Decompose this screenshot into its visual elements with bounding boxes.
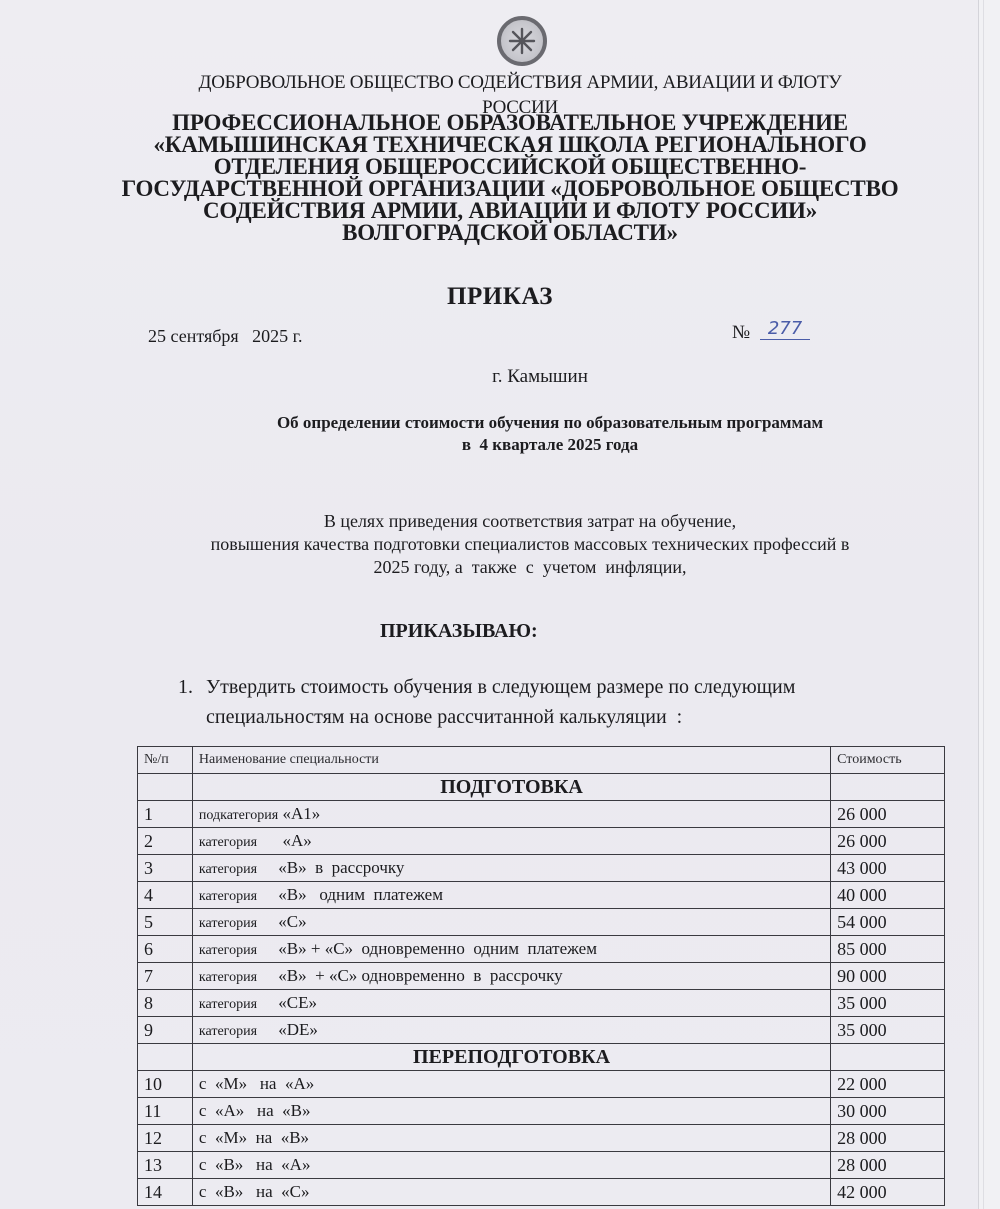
row-number: 4 — [138, 882, 193, 909]
row-name-value: с «М» на «А» — [199, 1074, 314, 1093]
item-number: 1. — [178, 672, 206, 702]
row-name: с «В» на «А» — [192, 1152, 830, 1179]
org-main-line: ПРОФЕССИОНАЛЬНОЕ ОБРАЗОВАТЕЛЬНОЕ УЧРЕЖДЕ… — [100, 112, 920, 134]
row-category-prefix: категория — [199, 889, 257, 904]
row-price: 28 000 — [831, 1152, 945, 1179]
row-price: 26 000 — [831, 828, 945, 855]
page-edge — [978, 0, 1000, 1209]
table-row: 5категория «С»54 000 — [138, 909, 945, 936]
row-name: категория «DE» — [192, 1017, 830, 1044]
header-number: №/п — [138, 747, 193, 774]
header-name: Наименование специальности — [192, 747, 830, 774]
table-row: 14с «В» на «С»42 000 — [138, 1179, 945, 1206]
table-row: 1подкатегория «А1»26 000 — [138, 801, 945, 828]
order-number-handwritten: 277 — [760, 318, 810, 340]
row-name-value: с «А» на «В» — [199, 1101, 311, 1120]
row-category-value: «В» одним платежем — [257, 885, 443, 904]
item-text-line2: специальностям на основе рассчитанной ка… — [178, 702, 938, 732]
row-number: 2 — [138, 828, 193, 855]
order-title: ПРИКАЗ — [0, 283, 1000, 311]
preamble-line: 2025 году, а также с учетом инфляции, — [130, 556, 930, 579]
row-name: категория «А» — [192, 828, 830, 855]
row-price: 30 000 — [831, 1098, 945, 1125]
row-name: подкатегория «А1» — [192, 801, 830, 828]
row-name: категория «В» + «С» одновременно в расср… — [192, 963, 830, 990]
row-category-value: «С» — [257, 912, 307, 931]
table-row: 8категория «СЕ»35 000 — [138, 990, 945, 1017]
table-row: 12с «М» на «В»28 000 — [138, 1125, 945, 1152]
section-label: ПОДГОТОВКА — [192, 774, 830, 801]
row-name-value: с «В» на «А» — [199, 1155, 311, 1174]
row-price: 43 000 — [831, 855, 945, 882]
row-number: 12 — [138, 1125, 193, 1152]
decree-heading: ПРИКАЗЫВАЮ: — [380, 620, 538, 643]
row-name-value: с «М» на «В» — [199, 1128, 309, 1147]
row-name: категория «В» одним платежем — [192, 882, 830, 909]
row-number: 3 — [138, 855, 193, 882]
row-price: 26 000 — [831, 801, 945, 828]
table-row: 6категория «В» + «С» одновременно одним … — [138, 936, 945, 963]
org-main-line: ВОЛГОГРАДСКОЙ ОБЛАСТИ» — [100, 222, 920, 244]
header-price: Стоимость — [831, 747, 945, 774]
row-name: категория «С» — [192, 909, 830, 936]
section-number-cell — [138, 774, 193, 801]
order-date: 25 сентября 2025 г. — [148, 326, 303, 347]
order-item-1: 1.Утвердить стоимость обучения в следующ… — [178, 672, 938, 732]
section-retraining-row: ПЕРЕПОДГОТОВКА — [138, 1044, 945, 1071]
org-main-line: «КАМЫШИНСКАЯ ТЕХНИЧЕСКАЯ ШКОЛА РЕГИОНАЛЬ… — [100, 134, 920, 156]
table-row: 13с «В» на «А»28 000 — [138, 1152, 945, 1179]
row-category-value: «В» в рассрочку — [257, 858, 404, 877]
row-category-prefix: категория — [199, 916, 257, 931]
row-category-value: «В» + «С» одновременно в рассрочку — [257, 966, 563, 985]
row-number: 5 — [138, 909, 193, 936]
row-price: 54 000 — [831, 909, 945, 936]
row-number: 9 — [138, 1017, 193, 1044]
row-price: 22 000 — [831, 1071, 945, 1098]
preamble: В целях приведения соответствия затрат н… — [130, 510, 930, 579]
row-name: категория «СЕ» — [192, 990, 830, 1017]
row-price: 85 000 — [831, 936, 945, 963]
table-row: 3категория «В» в рассрочку43 000 — [138, 855, 945, 882]
row-price: 35 000 — [831, 1017, 945, 1044]
org-main-name: ПРОФЕССИОНАЛЬНОЕ ОБРАЗОВАТЕЛЬНОЕ УЧРЕЖДЕ… — [100, 112, 920, 244]
row-category-prefix: категория — [199, 943, 257, 958]
row-category-value: «В» + «С» одновременно одним платежем — [257, 939, 597, 958]
table-row: 9категория «DE»35 000 — [138, 1017, 945, 1044]
section-label: ПЕРЕПОДГОТОВКА — [192, 1044, 830, 1071]
row-category-value: «А» — [257, 831, 312, 850]
subject-line: в 4 квартале 2025 года — [150, 434, 950, 456]
subject-line: Об определении стоимости обучения по обр… — [150, 412, 950, 434]
row-name: с «А» на «В» — [192, 1098, 830, 1125]
table-row: 11с «А» на «В»30 000 — [138, 1098, 945, 1125]
table-row: 4категория «В» одним платежем40 000 — [138, 882, 945, 909]
order-number-label: № — [732, 322, 750, 344]
row-name: с «М» на «В» — [192, 1125, 830, 1152]
row-name: с «В» на «С» — [192, 1179, 830, 1206]
org-main-line: ОТДЕЛЕНИЯ ОБЩЕРОССИЙСКОЙ ОБЩЕСТВЕННО- — [100, 156, 920, 178]
org-main-line: ГОСУДАРСТВЕННОЙ ОРГАНИЗАЦИИ «ДОБРОВОЛЬНО… — [100, 178, 920, 200]
preamble-line: повышения качества подготовки специалист… — [130, 533, 930, 556]
city: г. Камышин — [0, 366, 1000, 388]
row-number: 7 — [138, 963, 193, 990]
org-main-line: СОДЕЙСТВИЯ АРМИИ, АВИАЦИИ И ФЛОТУ РОССИИ… — [100, 200, 920, 222]
table-row: 2категория «А»26 000 — [138, 828, 945, 855]
row-price: 28 000 — [831, 1125, 945, 1152]
row-category-prefix: подкатегория — [199, 808, 278, 823]
row-category-value: «DE» — [257, 1020, 318, 1039]
dosaaf-emblem-icon — [497, 16, 547, 66]
section-price-cell — [831, 1044, 945, 1071]
table-row: 7категория «В» + «С» одновременно в расс… — [138, 963, 945, 990]
row-category-prefix: категория — [199, 970, 257, 985]
section-number-cell — [138, 1044, 193, 1071]
row-category-prefix: категория — [199, 997, 257, 1012]
price-table: №/п Наименование специальности Стоимость… — [137, 746, 945, 1206]
table-header-row: №/п Наименование специальности Стоимость — [138, 747, 945, 774]
row-number: 8 — [138, 990, 193, 1017]
table-row: 10с «М» на «А»22 000 — [138, 1071, 945, 1098]
row-category-value: «СЕ» — [257, 993, 317, 1012]
row-category-value: «А1» — [278, 804, 320, 823]
row-name-value: с «В» на «С» — [199, 1182, 310, 1201]
row-number: 10 — [138, 1071, 193, 1098]
row-category-prefix: категория — [199, 1024, 257, 1039]
preamble-line: В целях приведения соответствия затрат н… — [130, 510, 930, 533]
order-subject: Об определении стоимости обучения по обр… — [150, 412, 950, 456]
row-number: 14 — [138, 1179, 193, 1206]
org-parent-line1: ДОБРОВОЛЬНОЕ ОБЩЕСТВО СОДЕЙСТВИЯ АРМИИ, … — [150, 70, 890, 95]
section-price-cell — [831, 774, 945, 801]
row-name: категория «В» в рассрочку — [192, 855, 830, 882]
row-price: 35 000 — [831, 990, 945, 1017]
row-number: 1 — [138, 801, 193, 828]
row-price: 42 000 — [831, 1179, 945, 1206]
section-training-row: ПОДГОТОВКА — [138, 774, 945, 801]
row-price: 90 000 — [831, 963, 945, 990]
row-name: категория «В» + «С» одновременно одним п… — [192, 936, 830, 963]
row-category-prefix: категория — [199, 862, 257, 877]
row-category-prefix: категория — [199, 835, 257, 850]
row-number: 6 — [138, 936, 193, 963]
row-price: 40 000 — [831, 882, 945, 909]
row-number: 13 — [138, 1152, 193, 1179]
item-text-line1: Утвердить стоимость обучения в следующем… — [206, 676, 795, 698]
row-number: 11 — [138, 1098, 193, 1125]
row-name: с «М» на «А» — [192, 1071, 830, 1098]
